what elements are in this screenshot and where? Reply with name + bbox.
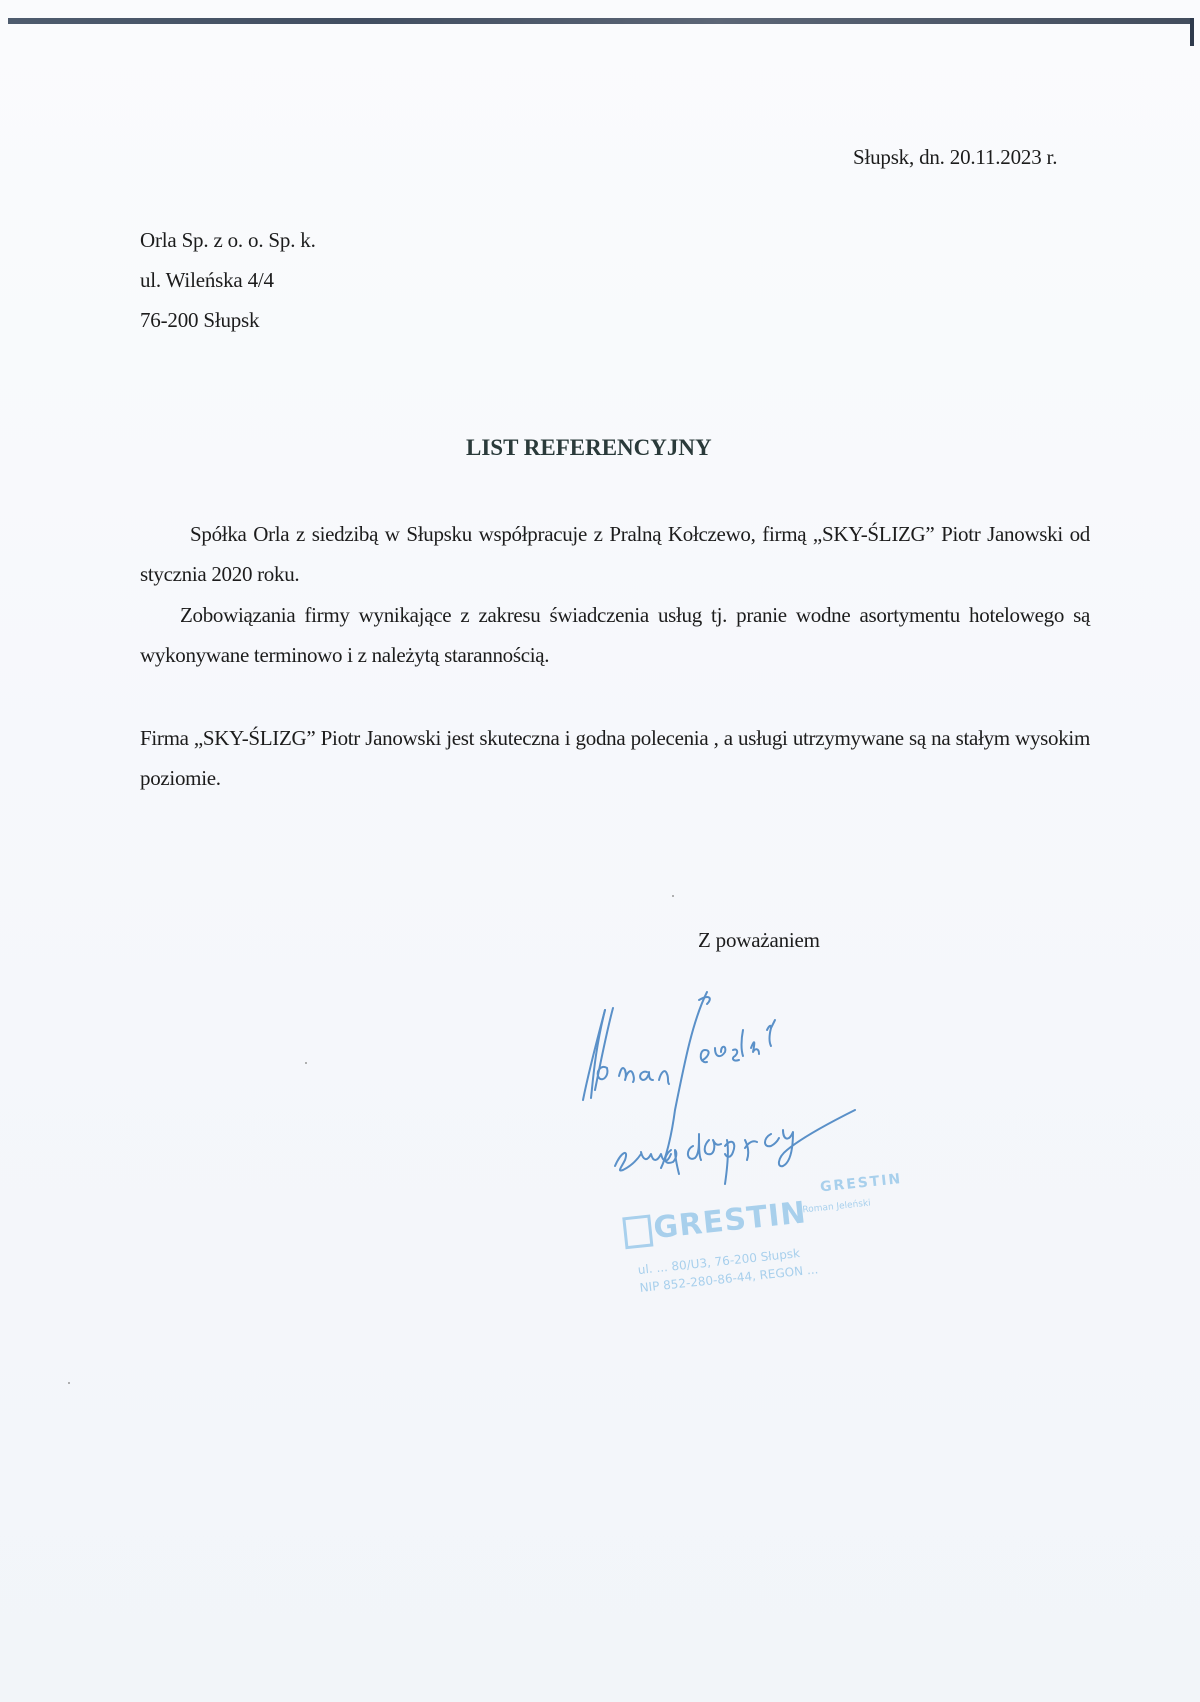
recipient-name: Orla Sp. z o. o. Sp. k.: [140, 230, 316, 251]
stamp-logo: GRESTIN: [622, 1195, 808, 1249]
stamp-logo-icon: [622, 1214, 653, 1249]
paragraph-cooperation: Spółka Orla z siedzibą w Słupsku współpr…: [140, 514, 1090, 594]
scan-speck: [305, 1062, 307, 1064]
place-date: Słupsk, dn. 20.11.2023 r.: [853, 147, 1057, 168]
scan-speck: [68, 1382, 70, 1384]
scan-edge-top: [8, 18, 1192, 24]
recipient-city: 76-200 Słupsk: [140, 310, 259, 331]
scanned-letter-page: Słupsk, dn. 20.11.2023 r. Orla Sp. z o. …: [0, 0, 1200, 1702]
handwritten-signature: [575, 990, 935, 1190]
recipient-street: ul. Wileńska 4/4: [140, 270, 274, 291]
paragraph-obligations: Zobowiązania firmy wynikające z zakresu …: [140, 595, 1090, 675]
scan-speck: [672, 895, 674, 897]
scan-edge-right: [1190, 18, 1194, 46]
stamp-owner: Roman Jeleński: [802, 1198, 871, 1215]
document-title: LIST REFERENCYJNY: [466, 435, 712, 461]
stamp-company-name: GRESTIN: [819, 1171, 903, 1196]
closing-salutation: Z poważaniem: [698, 930, 820, 951]
paragraph-recommendation: Firma „SKY-ŚLIZG” Piotr Janowski jest sk…: [140, 718, 1090, 798]
